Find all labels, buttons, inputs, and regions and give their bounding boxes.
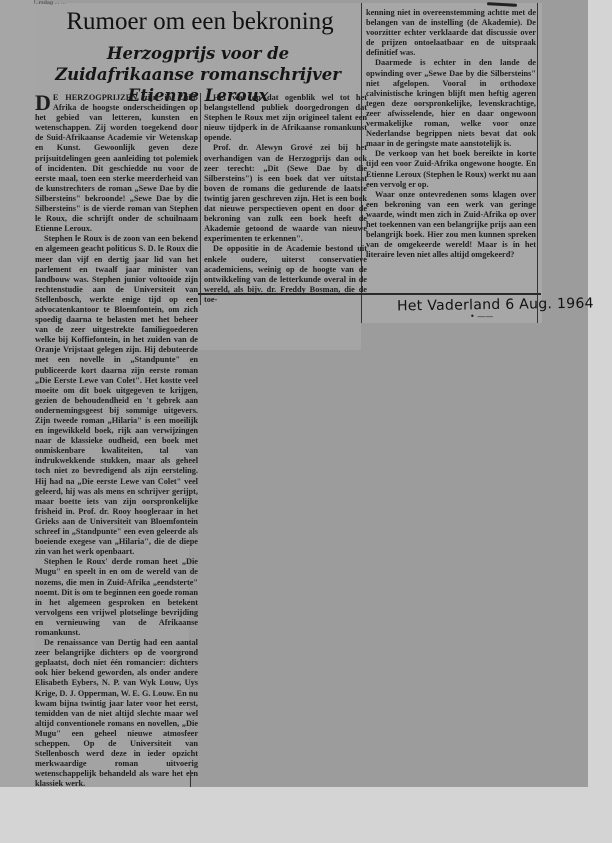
paragraph: Daarmede is echter in den lande de opwin… [366,58,536,149]
paragraph: Prof. dr. Alewyn Grové zei bij het overh… [204,143,367,244]
article-column-1: DE HERZOGPRIJZEN zijn in Zuid-Afrika de … [35,93,198,789]
top-stub-text: ...rsdag ... ... [34,0,154,5]
end-mark: • —— [470,312,493,321]
paragraph: De oppositie in de Academie bestond uit … [204,244,367,305]
handwritten-source-note: Het Vaderland 6 Aug. 1964 [397,296,594,315]
article-column-2: Het was op dat ogenblik wel tot het bela… [200,93,367,305]
paragraph: De verkoop van het boek bereikte in kort… [366,149,536,189]
paragraph: De renaissance van Dertig had een aantal… [35,638,198,789]
article-column-3: kenning niet in overeenstemming achtte m… [366,8,536,260]
paragraph: DE HERZOGPRIJZEN zijn in Zuid-Afrika de … [35,93,198,234]
drop-cap: D [35,94,51,112]
paragraph: Stephen le Roux is de zoon van een beken… [35,234,198,557]
column-rule [537,3,538,323]
paragraph: Het was op dat ogenblik wel tot het bela… [204,93,367,143]
scan-margin-strip [0,0,35,787]
headline: Rumoer om een bekroning [40,8,360,36]
paragraph: Waar onze ontevredenen soms klagen over … [366,190,536,261]
column-rule [190,770,191,787]
end-rule [198,293,541,295]
paragraph: kenning niet in overeenstemming achtte m… [366,8,536,58]
paragraph: Stephen le Roux' derde roman heet „Die M… [35,557,198,638]
